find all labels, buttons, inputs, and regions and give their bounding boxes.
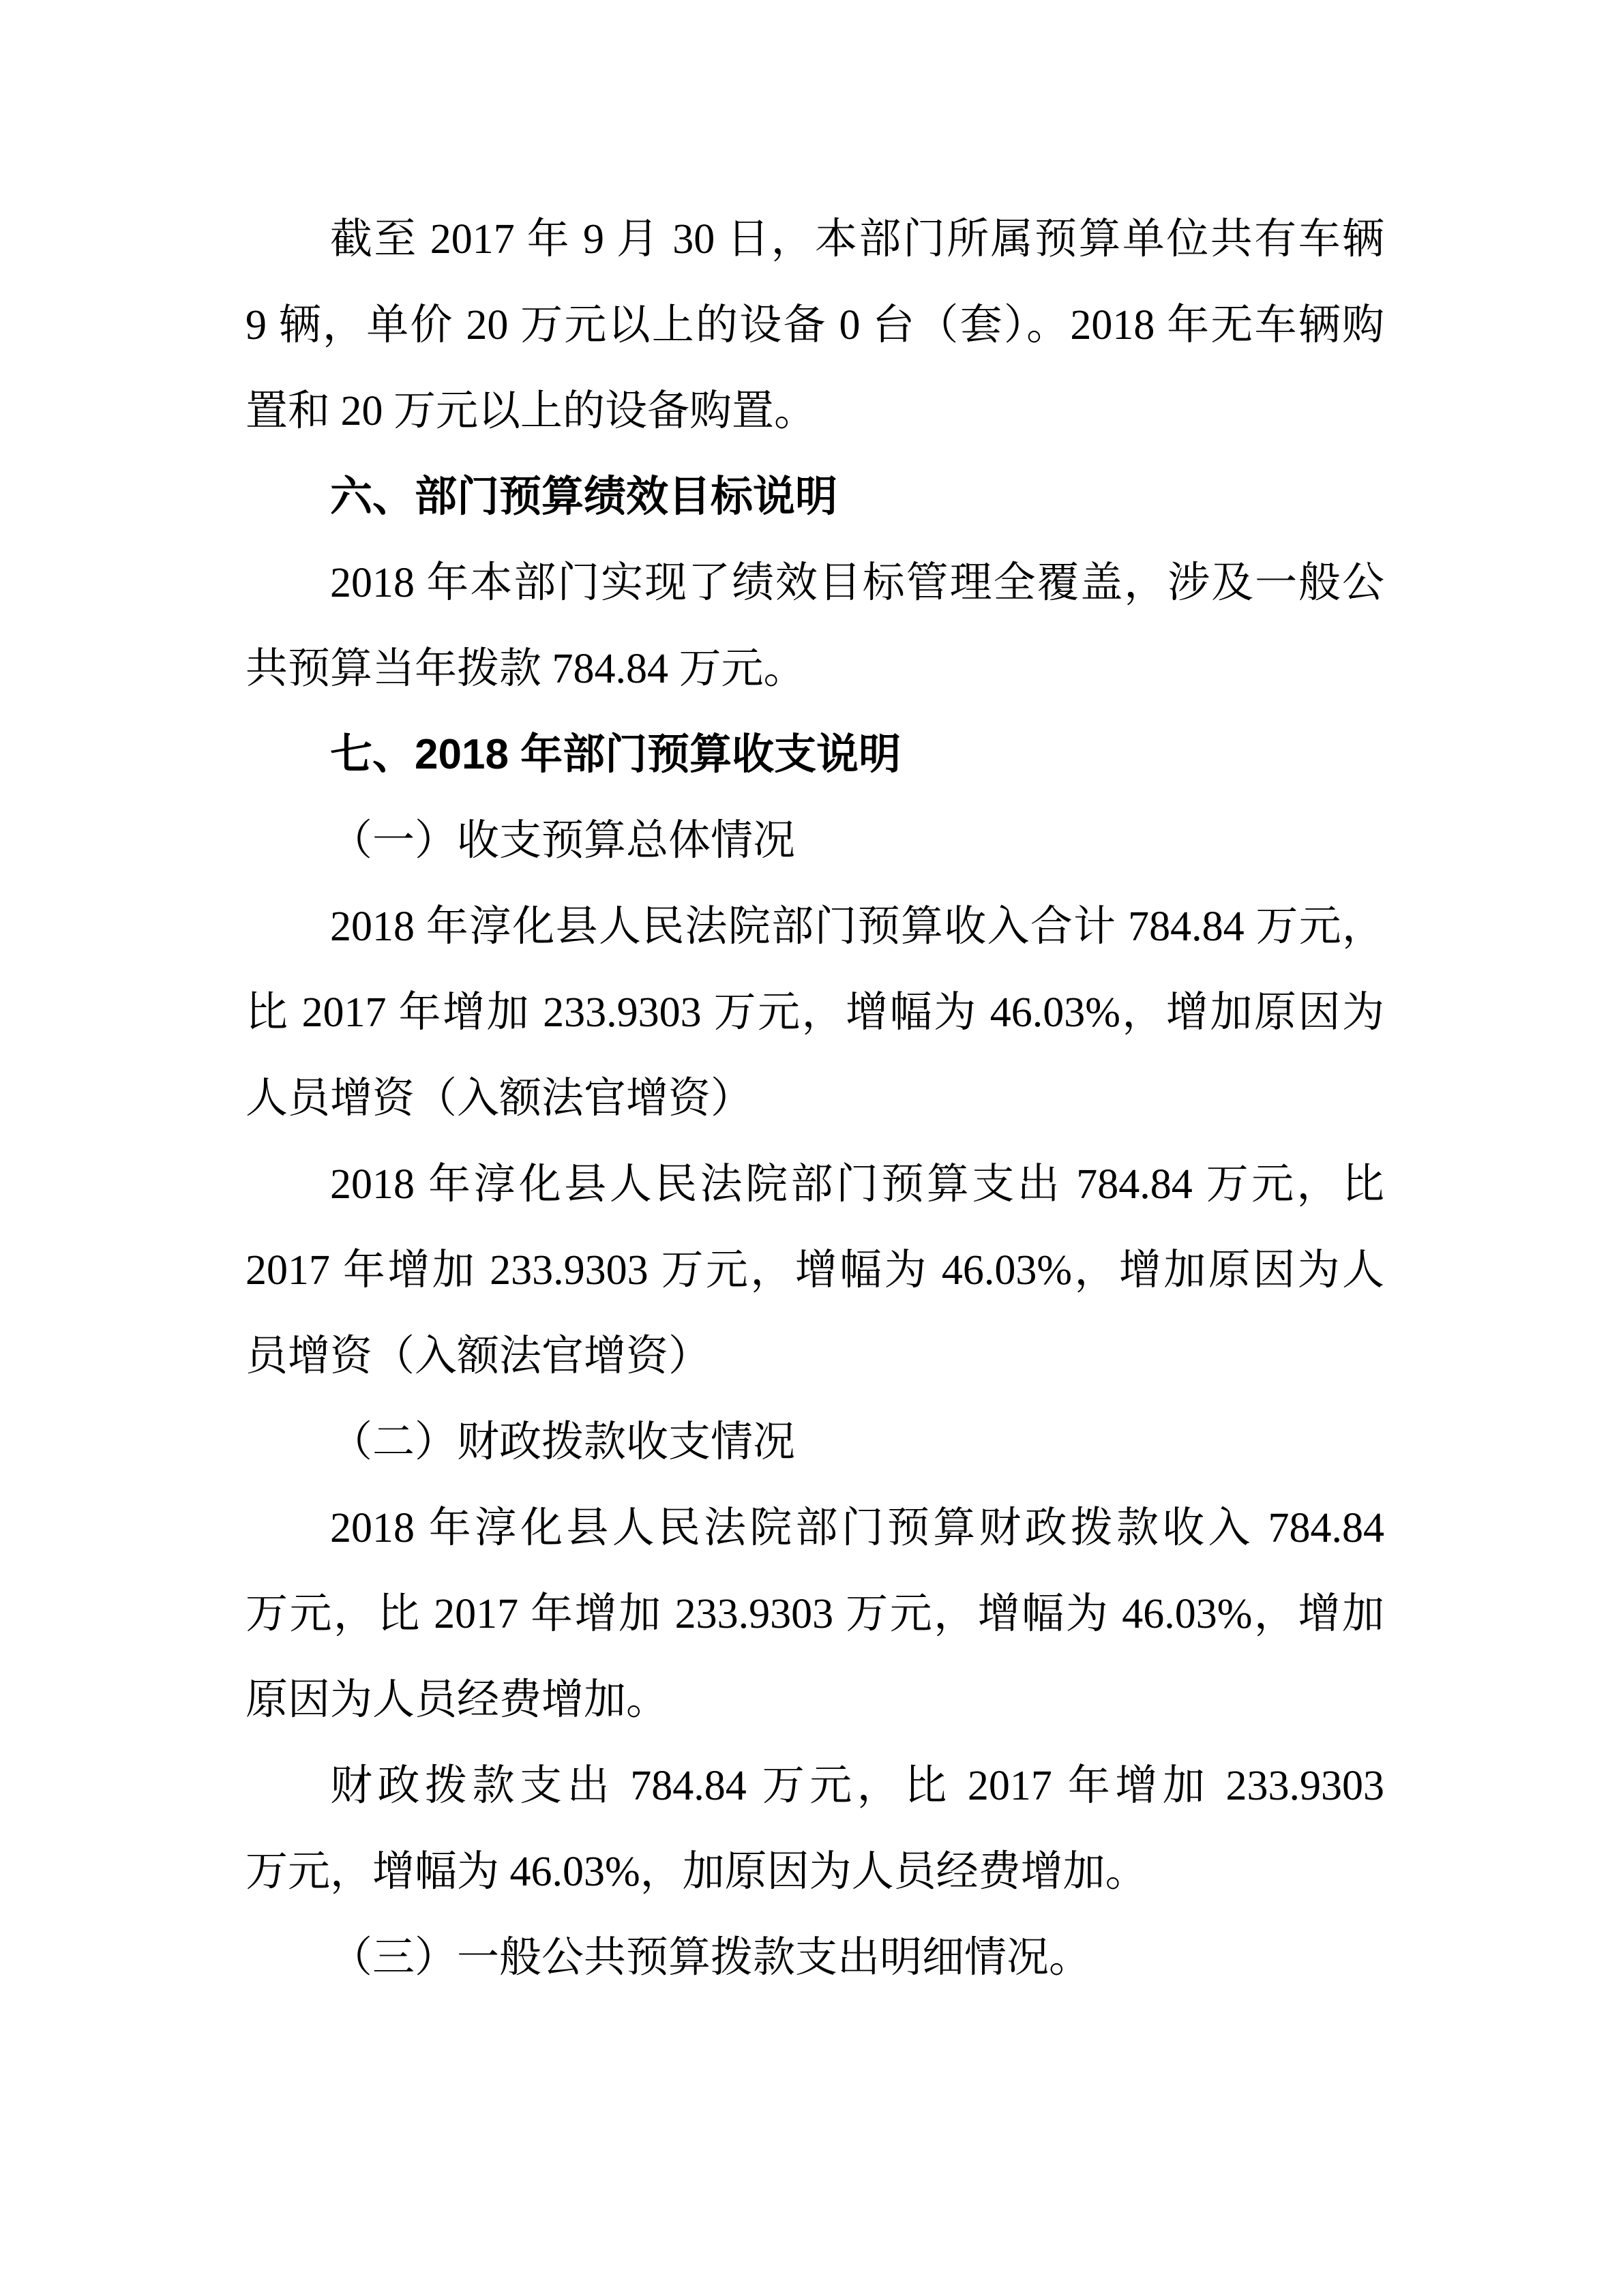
paragraph-line: 2018 年淳化县人民法院部门预算支出 784.84 万元，比: [245, 1142, 1384, 1227]
subsection-heading-3: （三）一般公共预算拨款支出明细情况。: [245, 1915, 1384, 2001]
paragraph-line: 9 辆，单价 20 万元以上的设备 0 台（套）。2018 年无车辆购: [245, 282, 1384, 368]
paragraph-line: 原因为人员经费增加。: [245, 1657, 1384, 1743]
subsection-heading-1: （一）收支预算总体情况: [245, 798, 1384, 884]
subsection-heading-2: （二）财政拨款收支情况: [245, 1399, 1384, 1485]
section-heading-7: 七、2018 年部门预算收支说明: [245, 712, 1384, 798]
paragraph-line: 置和 20 万元以上的设备购置。: [245, 368, 1384, 454]
paragraph-line: 2018 年淳化县人民法院部门预算收入合计 784.84 万元，: [245, 884, 1384, 970]
paragraph-line: 共预算当年拨款 784.84 万元。: [245, 626, 1384, 712]
paragraph-line: 2018 年本部门实现了绩效目标管理全覆盖，涉及一般公: [245, 540, 1384, 626]
paragraph-line: 万元，增幅为 46.03%，加原因为人员经费增加。: [245, 1829, 1384, 1915]
paragraph-line: 比 2017 年增加 233.9303 万元，增幅为 46.03%，增加原因为: [245, 970, 1384, 1056]
text-block: 截至 2017 年 9 月 30 日，本部门所属预算单位共有车辆 9 辆，单价 …: [245, 196, 1384, 2001]
document-page: 截至 2017 年 9 月 30 日，本部门所属预算单位共有车辆 9 辆，单价 …: [0, 0, 1623, 2296]
section-heading-6: 六、部门预算绩效目标说明: [245, 454, 1384, 540]
paragraph-line: 2018 年淳化县人民法院部门预算财政拨款收入 784.84: [245, 1485, 1384, 1571]
paragraph-line: 财政拨款支出 784.84 万元，比 2017 年增加 233.9303: [245, 1743, 1384, 1829]
paragraph-line: 员增资（入额法官增资）: [245, 1313, 1384, 1399]
paragraph-line: 人员增资（入额法官增资）: [245, 1056, 1384, 1142]
paragraph-line: 万元，比 2017 年增加 233.9303 万元，增幅为 46.03%，增加: [245, 1571, 1384, 1657]
paragraph-line: 2017 年增加 233.9303 万元，增幅为 46.03%，增加原因为人: [245, 1227, 1384, 1313]
paragraph-line: 截至 2017 年 9 月 30 日，本部门所属预算单位共有车辆: [245, 196, 1384, 282]
